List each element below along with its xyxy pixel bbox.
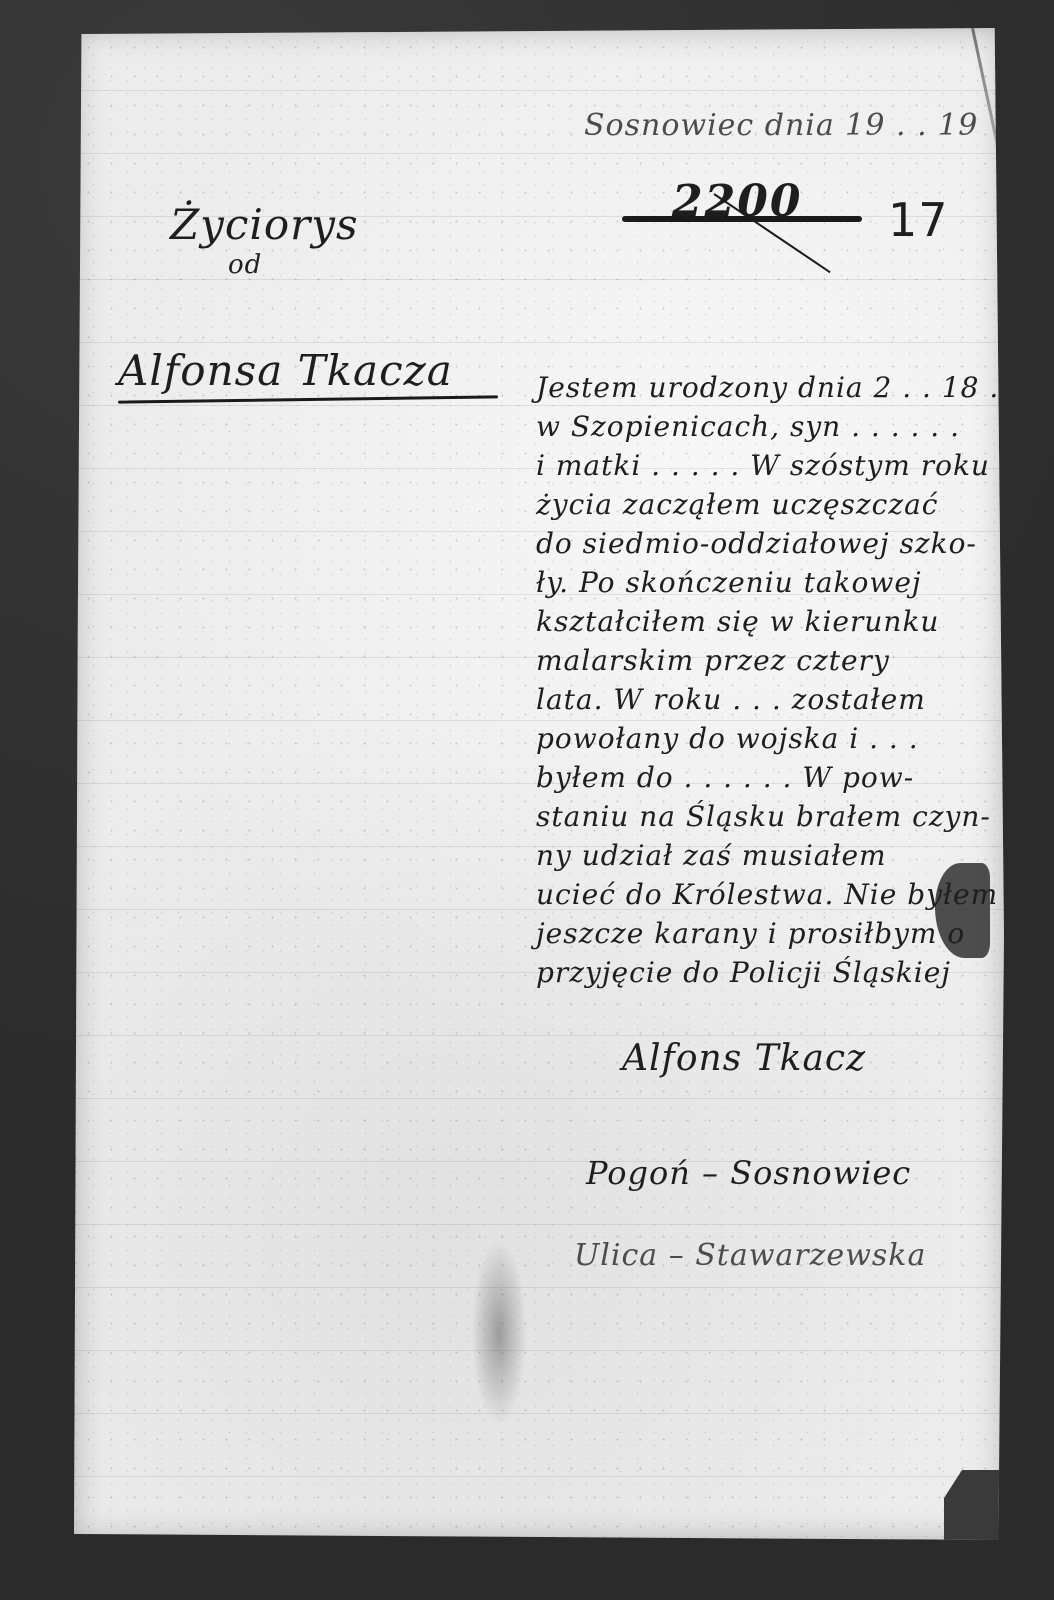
- body-line: staniu na Śląsku brałem czyn-: [536, 797, 1019, 836]
- document-title: Życiorys: [170, 200, 359, 249]
- document-page: Sosnowiec dnia 19 . . 19 2200 17 Życiory…: [74, 28, 1004, 1540]
- body-line: kształciłem się w kierunku: [536, 602, 1019, 641]
- body-line: byłem do . . . . . . W pow-: [536, 758, 1019, 797]
- body-line: i matki . . . . . W szóstym roku: [536, 446, 1019, 485]
- body-line: przyjęcie do Policji Śląskiej: [536, 953, 1019, 992]
- body-line: Jestem urodzony dnia 2 . . 18 . .: [536, 368, 1019, 407]
- body-line: do siedmio-oddziałowej szko-: [536, 524, 1019, 563]
- body-line: ny udział zaś musiałem: [536, 836, 1019, 875]
- body-line: życia zacząłem uczęszczać: [536, 485, 1019, 524]
- signature: Alfons Tkacz: [622, 1038, 866, 1079]
- folio-number: 17: [888, 193, 949, 247]
- place-date-header: Sosnowiec dnia 19 . . 19: [584, 108, 978, 143]
- address-street: Ulica – Stawarzewska: [574, 1238, 926, 1273]
- body-line: jeszcze karany i prosiłbym o: [536, 914, 1019, 953]
- cv-body: Jestem urodzony dnia 2 . . 18 . . w Szop…: [536, 368, 1019, 992]
- address-district: Pogoń – Sosnowiec: [586, 1154, 911, 1192]
- body-line: lata. W roku . . . zostałem: [536, 680, 1019, 719]
- smudge-mark: [469, 1233, 529, 1433]
- title-preposition: od: [228, 250, 262, 280]
- author-name: Alfonsa Tkacza: [118, 346, 453, 395]
- reference-underline: [622, 216, 862, 222]
- body-line: malarskim przez cztery: [536, 641, 1019, 680]
- body-line: powołany do wojska i . . .: [536, 719, 1019, 758]
- body-line: w Szopienicach, syn . . . . . .: [536, 407, 1019, 446]
- body-line: ły. Po skończeniu takowej: [536, 563, 1019, 602]
- body-line: ucieć do Królestwa. Nie byłem: [536, 875, 1019, 914]
